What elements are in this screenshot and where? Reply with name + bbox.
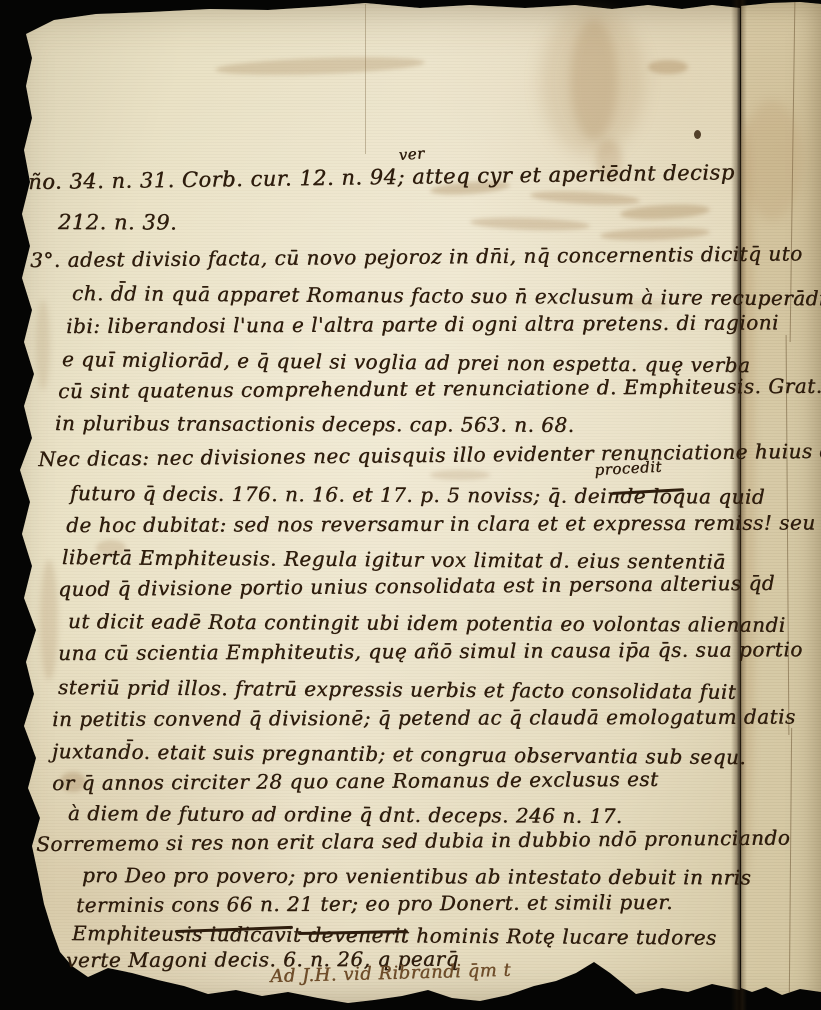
manuscript-scan: verño. 34. n. 31. Corb. cur. 12. n. 94; … <box>0 0 821 1010</box>
paper-crease <box>365 4 366 154</box>
manuscript-page <box>0 0 821 1010</box>
fold-crease <box>731 0 747 1010</box>
